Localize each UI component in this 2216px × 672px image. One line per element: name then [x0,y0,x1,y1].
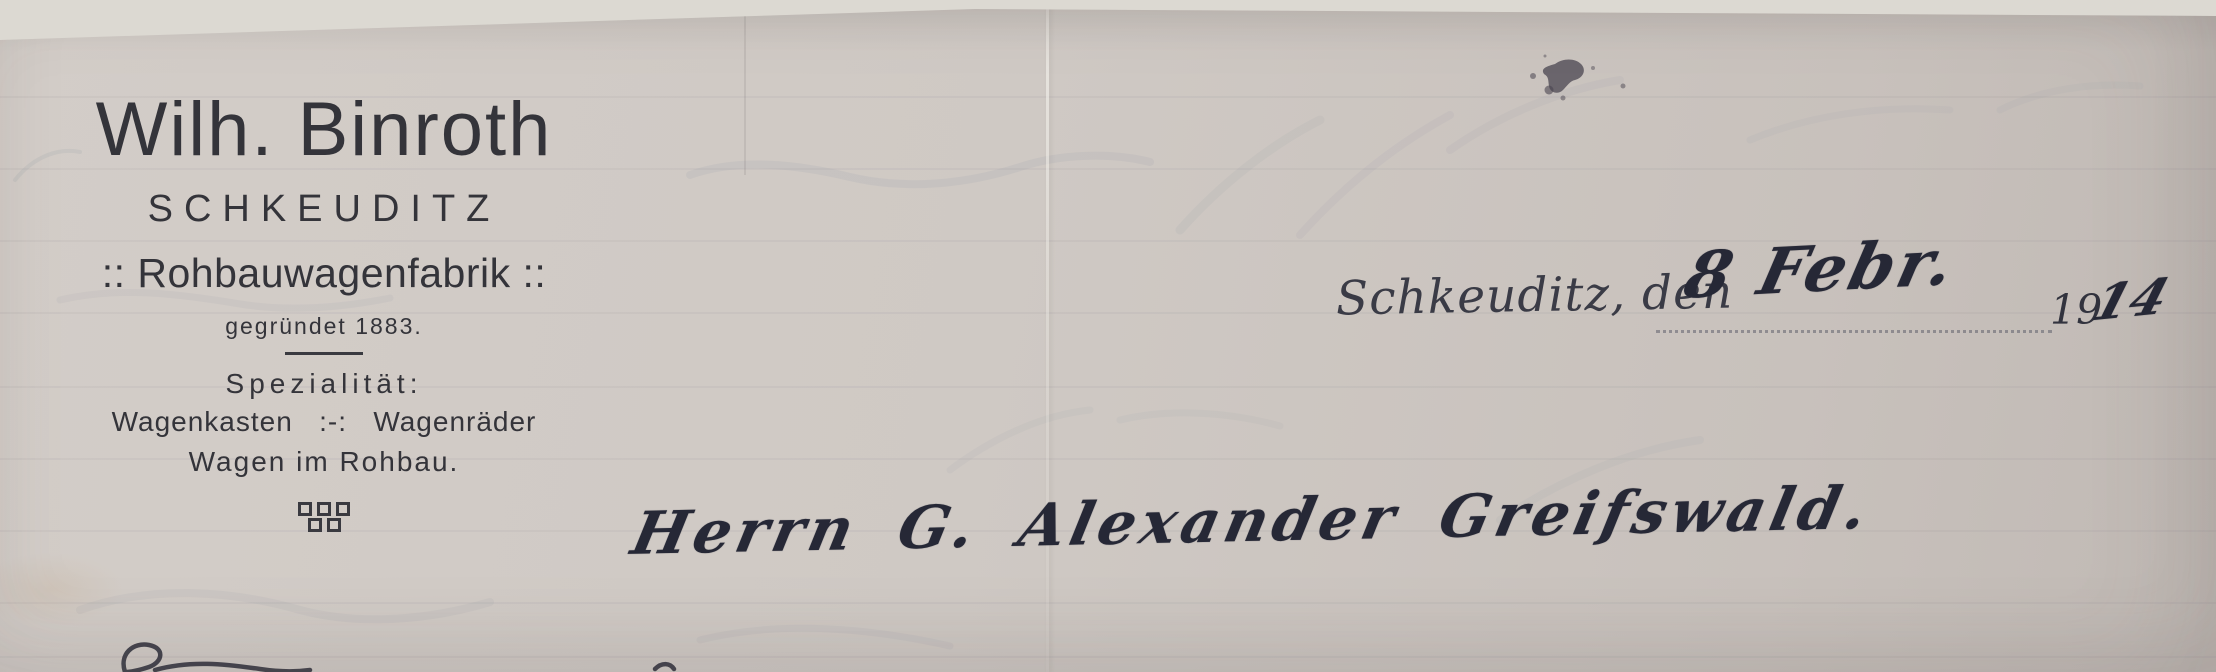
date-dotted-leader [1656,330,2052,333]
ornament-squares-icon [58,502,590,532]
company-trade: :: Rohbauwagenfabrik :: [58,250,590,297]
date-handwritten-day: 8 Febr. [1677,225,1964,314]
scanned-letter: Wilh. Binroth SCHKEUDITZ :: Rohbauwagenf… [0,0,2216,672]
fold-crease-top [744,0,746,175]
company-name: Wilh. Binroth [58,92,590,168]
ink-blot [1505,42,1645,112]
bottom-handwriting-fragment [95,636,855,672]
speciality-line-2: Wagen im Rohbau. [58,446,590,478]
paper: Wilh. Binroth SCHKEUDITZ :: Rohbauwagenf… [0,0,2216,672]
dateline-place-printed: Schkeuditz, den [1336,265,1734,327]
speciality-heading: Spezialität: [58,368,590,400]
speciality-line-1: Wagenkasten :-: Wagenräder [58,406,590,438]
divider-rule [285,352,363,355]
company-founded: gegründet 1883. [58,313,590,340]
fold-crease [1046,0,1049,672]
company-city: SCHKEUDITZ [58,188,590,231]
